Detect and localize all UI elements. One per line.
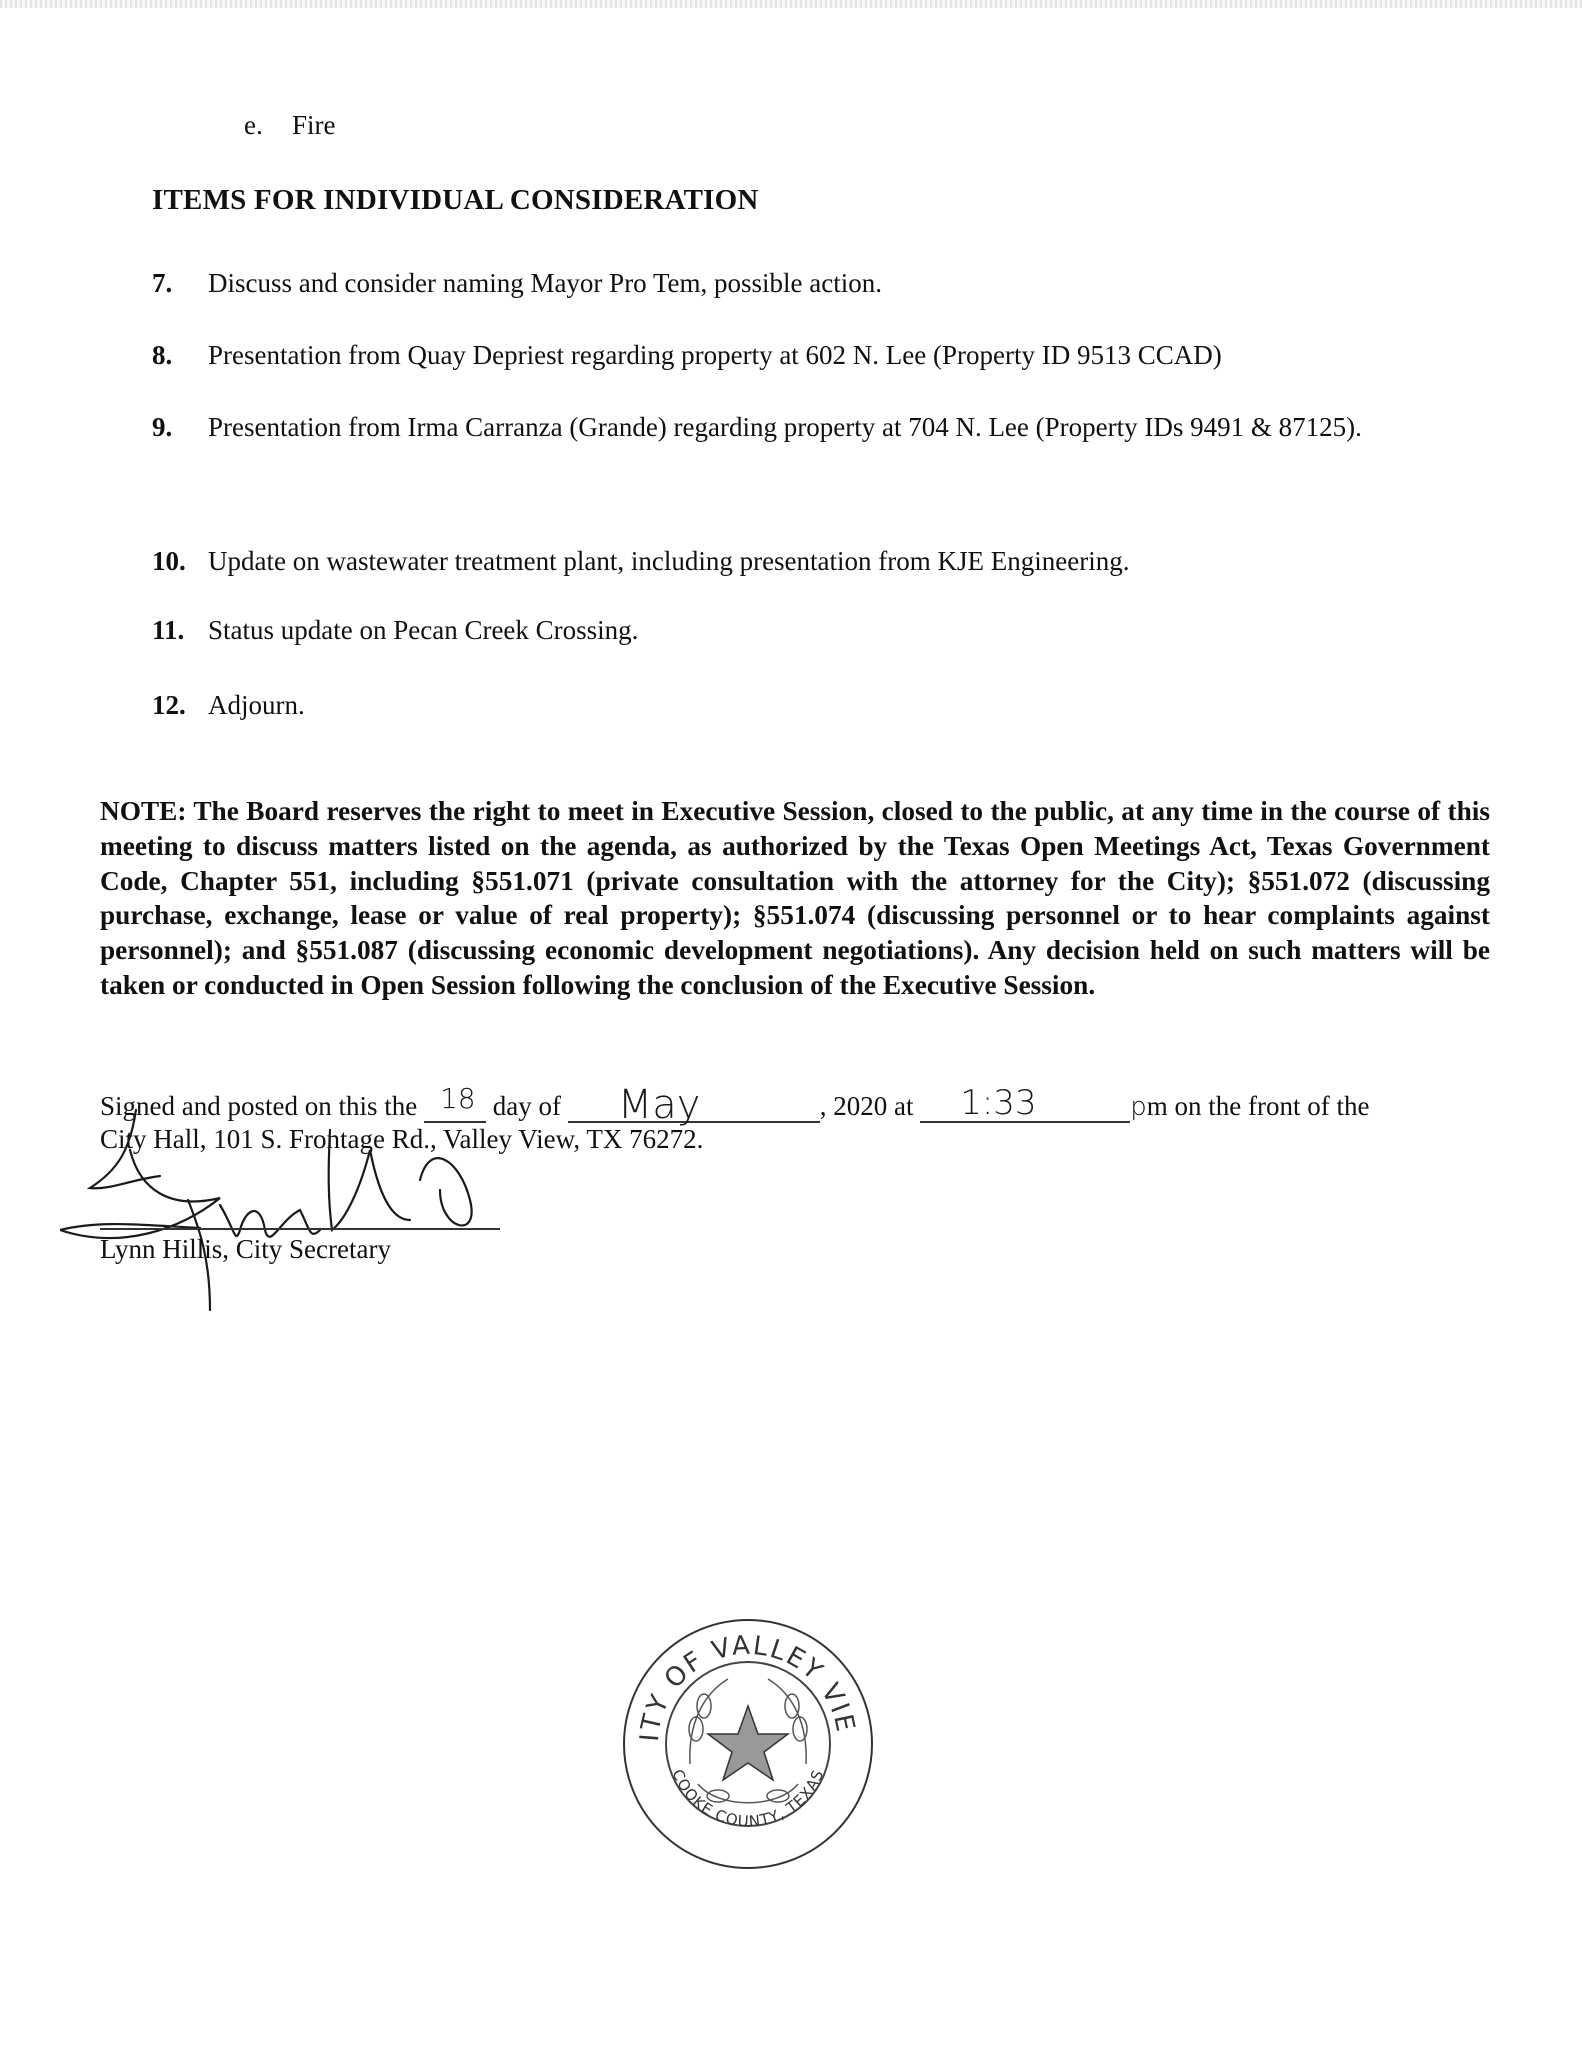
agenda-item: 10. Update on wastewater treatment plant… bbox=[152, 545, 1492, 577]
agenda-item: 8. Presentation from Quay Depriest regar… bbox=[152, 339, 1492, 371]
executive-session-note: NOTE: The Board reserves the right to me… bbox=[100, 794, 1490, 1003]
seal-top-text: CITY OF VALLEY VIEW bbox=[618, 1614, 860, 1743]
item-number: 11. bbox=[152, 614, 184, 646]
svg-text:COOKE COUNTY, TEXAS: COOKE COUNTY, TEXAS bbox=[668, 1767, 827, 1831]
time-blank: 1:33 bbox=[920, 1093, 1130, 1123]
signature-line bbox=[100, 1228, 500, 1230]
section-heading: ITEMS FOR INDIVIDUAL CONSIDERATION bbox=[152, 184, 759, 217]
item-text: Adjourn. bbox=[208, 689, 1492, 721]
seal-bottom-text: COOKE COUNTY, TEXAS bbox=[668, 1767, 827, 1831]
agenda-item: 9. Presentation from Irma Carranza (Gran… bbox=[152, 411, 1492, 443]
item-number: 7. bbox=[152, 267, 172, 299]
star-icon bbox=[708, 1706, 788, 1780]
agenda-item: 12. Adjourn. bbox=[152, 689, 1492, 721]
posting-suffix: m on the front of the bbox=[1147, 1091, 1370, 1121]
item-number: 8. bbox=[152, 339, 172, 371]
item-text: Presentation from Quay Depriest regardin… bbox=[208, 339, 1492, 371]
ampm-handwritten: p bbox=[1130, 1092, 1147, 1122]
handwritten-signature bbox=[60, 1080, 620, 1320]
time-handwritten: 1:33 bbox=[960, 1087, 1036, 1119]
city-seal: CITY OF VALLEY VIEW COOKE COUNTY, TEXAS bbox=[618, 1614, 878, 1874]
agenda-sub-item: e.Fire bbox=[244, 110, 336, 141]
scan-border bbox=[0, 0, 1582, 8]
sub-item-label: e. bbox=[244, 110, 292, 141]
sub-item-text: Fire bbox=[292, 110, 336, 140]
svg-text:CITY OF VALLEY VIEW: CITY OF VALLEY VIEW bbox=[618, 1614, 860, 1743]
year-at-text: , 2020 at bbox=[820, 1091, 914, 1121]
item-number: 9. bbox=[152, 411, 172, 443]
agenda-item: 7. Discuss and consider naming Mayor Pro… bbox=[152, 267, 1492, 299]
item-text: Update on wastewater treatment plant, in… bbox=[208, 545, 1492, 577]
agenda-item: 11. Status update on Pecan Creek Crossin… bbox=[152, 614, 1492, 646]
item-text: Presentation from Irma Carranza (Grande)… bbox=[208, 411, 1492, 443]
month-handwritten: May bbox=[618, 1089, 701, 1121]
signer-name: Lynn Hillis, City Secretary bbox=[100, 1234, 391, 1265]
item-text: Status update on Pecan Creek Crossing. bbox=[208, 614, 1492, 646]
item-number: 12. bbox=[152, 689, 186, 721]
item-number: 10. bbox=[152, 545, 186, 577]
item-text: Discuss and consider naming Mayor Pro Te… bbox=[208, 267, 1492, 299]
